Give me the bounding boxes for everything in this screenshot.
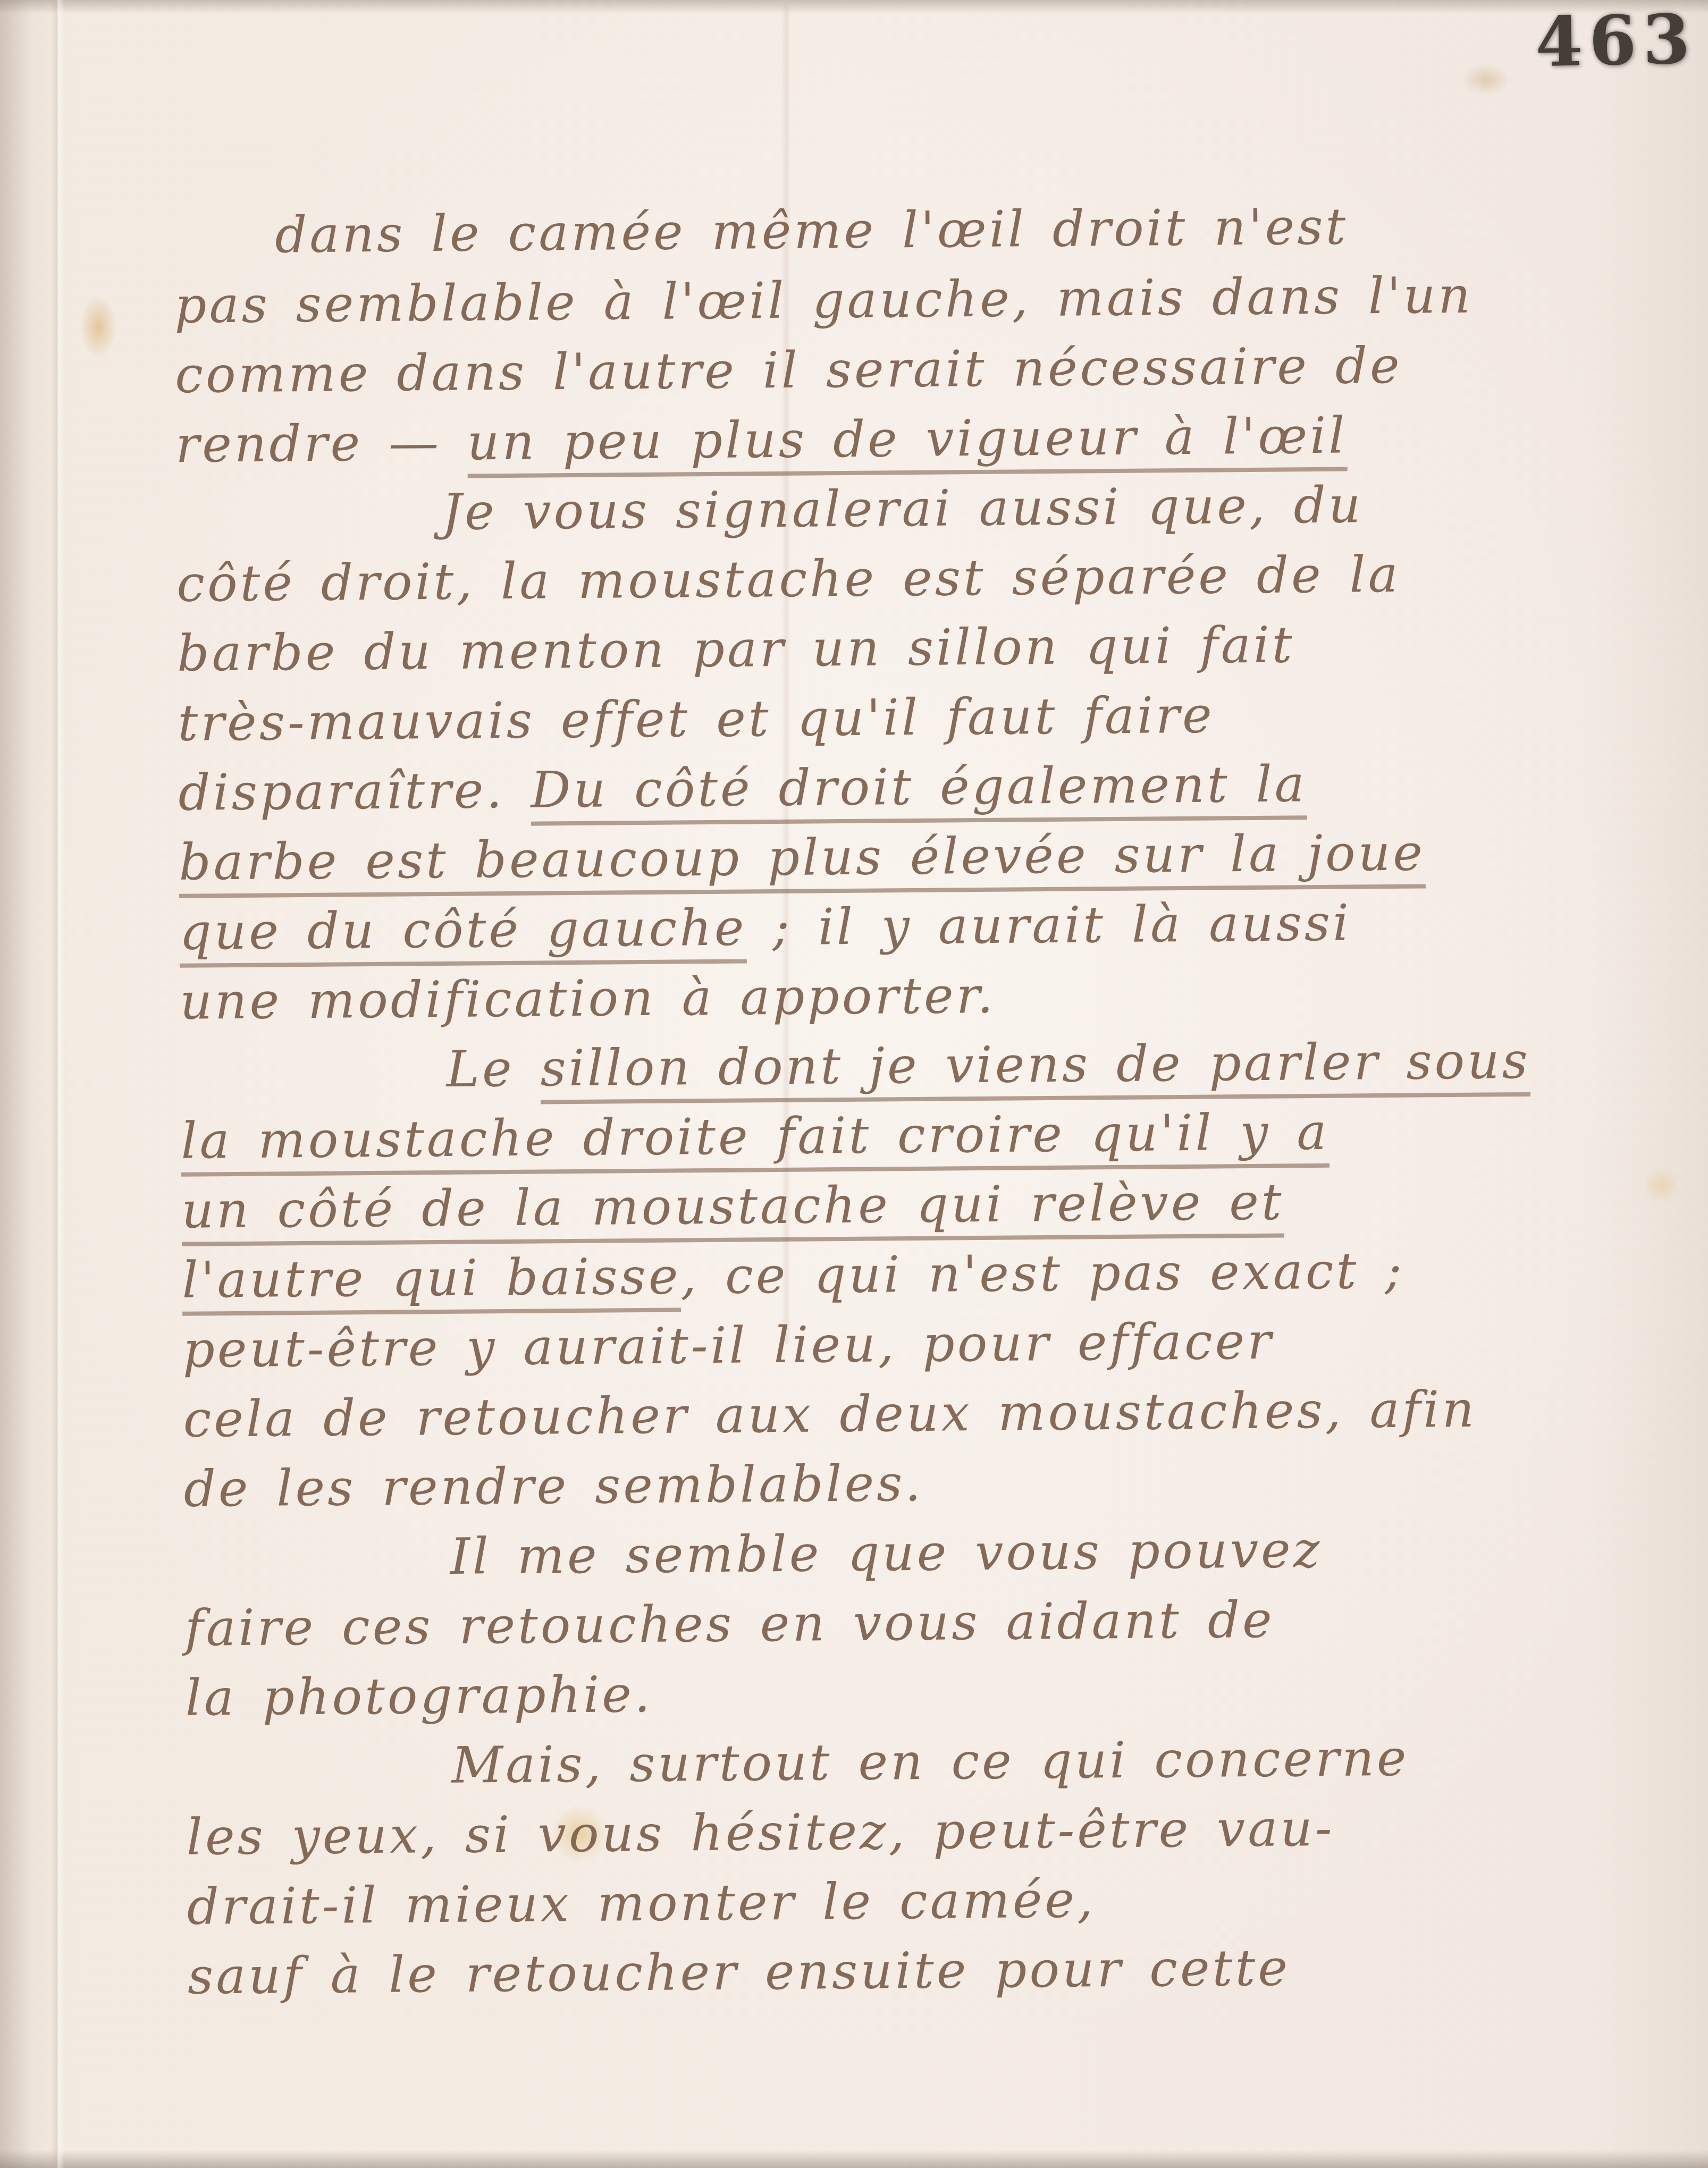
text-segment: une modification à apporter. (180, 967, 996, 1031)
manuscript-line: la photographie. (185, 1652, 1653, 1733)
underlined-text: la moustache droite fait croire qu'il y … (181, 1103, 1330, 1177)
manuscript-line: de les rendre semblables. (183, 1443, 1651, 1524)
text-segment: , ce qui n'est pas exact ; (680, 1242, 1404, 1306)
manuscript-line: très-mauvais effet et qu'il faut faire (178, 677, 1645, 758)
text-segment: côté droit, la moustache est séparée de … (176, 546, 1401, 613)
manuscript-line: l'autre qui baisse, ce qui n'est pas exa… (182, 1234, 1650, 1315)
underlined-text: que du côté gauche (179, 899, 747, 967)
text-segment: rendre — (175, 414, 467, 474)
text-segment: les yeux, si vous hésitez, peut-être vau… (186, 1800, 1335, 1867)
text-segment: disparaître. (178, 762, 531, 822)
underlined-text: Du côté droit également la (531, 755, 1307, 825)
manuscript-line: que du côté gauche ; il y aurait là auss… (179, 886, 1647, 967)
manuscript-line: sauf à le retoucher ensuite pour cette (187, 1930, 1655, 2012)
manuscript-line: les yeux, si vous hésitez, peut-être vau… (186, 1791, 1654, 1872)
underlined-text: barbe est beaucoup plus élevée sur la jo… (179, 824, 1425, 898)
paper-edge-top (0, 0, 1708, 14)
manuscript-page: 463 dans le camée même l'œil droit n'est… (0, 0, 1708, 2168)
text-segment: comme dans l'autre il serait nécessaire … (175, 337, 1402, 404)
text-segment: Je vous signalerai aussi que, du (442, 476, 1364, 542)
paper-edge-bottom (0, 2150, 1708, 2168)
manuscript-line: dans le camée même l'œil droit n'est (174, 190, 1642, 271)
text-segment: peut-être y aurait-il lieu, pour effacer (182, 1313, 1274, 1379)
manuscript-line: comme dans l'autre il serait nécessaire … (175, 329, 1643, 410)
manuscript-line: disparaître. Du côté droit également la (178, 747, 1646, 828)
manuscript-line: la moustache droite fait croire qu'il y … (181, 1095, 1648, 1176)
manuscript-line: barbe du menton par un sillon qui fait (177, 608, 1645, 689)
manuscript-line: rendre — un peu plus de vigueur à l'œil (175, 399, 1643, 480)
paper-edge-left (0, 0, 32, 2168)
text-segment: Mais, surtout en ce qui concerne (451, 1730, 1409, 1795)
manuscript-line: côté droit, la moustache est séparée de … (176, 538, 1644, 619)
text-segment: la photographie. (185, 1666, 653, 1727)
text-segment: Le (446, 1040, 541, 1099)
manuscript-line: Je vous signalerai aussi que, du (176, 468, 1644, 550)
paper-crease-left (51, 0, 64, 2168)
paper-stain (80, 295, 117, 359)
manuscript-line: une modification à apporter. (180, 956, 1647, 1037)
manuscript-text: dans le camée même l'œil droit n'estpas … (174, 190, 1655, 2012)
manuscript-line: Il me semble que vous pouvez (184, 1513, 1652, 1594)
manuscript-line: pas semblable à l'œil gauche, mais dans … (174, 259, 1642, 341)
underlined-text: sillon dont je viens de parler sous (540, 1032, 1530, 1104)
manuscript-line: drait-il mieux monter le camée, (187, 1861, 1654, 1942)
text-segment: Il me semble que vous pouvez (450, 1521, 1322, 1586)
manuscript-line: Le sillon dont je viens de parler sous (180, 1025, 1648, 1107)
manuscript-line: Mais, surtout en ce qui concerne (186, 1722, 1653, 1803)
text-segment: drait-il mieux monter le camée, (187, 1871, 1096, 1936)
underlined-text: l'autre qui baisse (182, 1247, 681, 1315)
text-segment: pas semblable à l'œil gauche, mais dans … (174, 267, 1473, 335)
paper-stain (1462, 64, 1510, 96)
underlined-text: un côté de la moustache qui relève et (181, 1174, 1284, 1246)
text-segment: barbe du menton par un sillon qui fait (177, 616, 1295, 683)
text-segment: ; il y aurait là aussi (746, 895, 1352, 957)
underlined-text: un peu plus de vigueur à l'œil (467, 407, 1347, 478)
text-segment: de les rendre semblables. (183, 1455, 923, 1519)
manuscript-line: peut-être y aurait-il lieu, pour effacer (182, 1304, 1650, 1385)
manuscript-line: faire ces retouches en vous aidant de (184, 1582, 1652, 1664)
text-segment: faire ces retouches en vous aidant de (184, 1591, 1275, 1658)
text-segment: dans le camée même l'œil droit n'est (275, 198, 1349, 265)
manuscript-line: un côté de la moustache qui relève et (181, 1165, 1649, 1246)
manuscript-line: barbe est beaucoup plus élevée sur la jo… (179, 816, 1646, 898)
manuscript-line: cela de retoucher aux deux moustaches, a… (183, 1373, 1651, 1455)
text-segment: sauf à le retoucher ensuite pour cette (187, 1939, 1290, 2006)
page-number-stamp: 463 (1534, 0, 1697, 82)
text-segment: très-mauvais effet et qu'il faut faire (178, 687, 1215, 753)
text-segment: cela de retoucher aux deux moustaches, a… (183, 1381, 1477, 1449)
